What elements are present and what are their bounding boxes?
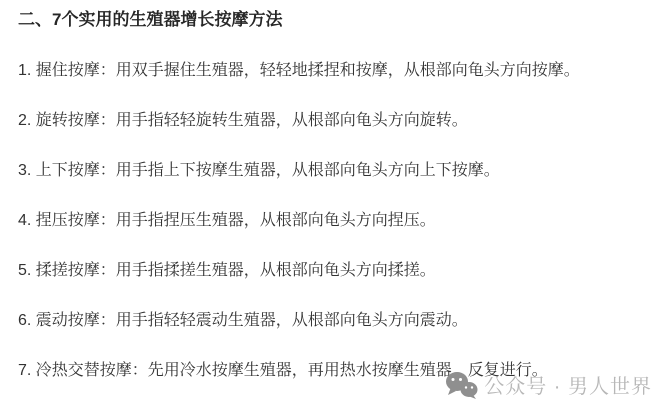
list-item-7: 7. 冷热交替按摩：先用冷水按摩生殖器，再用热水按摩生殖器，反复进行。 [18, 362, 644, 380]
list-item-4: 4. 捏压按摩：用手指捏压生殖器，从根部向龟头方向捏压。 [18, 212, 644, 230]
list-item-6: 6. 震动按摩：用手指轻轻震动生殖器，从根部向龟头方向震动。 [18, 312, 644, 330]
list-item-1: 1. 握住按摩：用双手握住生殖器，轻轻地揉捏和按摩，从根部向龟头方向按摩。 [18, 62, 644, 80]
list-item-3: 3. 上下按摩：用手指上下按摩生殖器，从根部向龟头方向上下按摩。 [18, 162, 644, 180]
article: 二、7个实用的生殖器增长按摩方法 1. 握住按摩：用双手握住生殖器，轻轻地揉捏和… [0, 0, 662, 380]
list-item-2: 2. 旋转按摩：用手指轻轻旋转生殖器，从根部向龟头方向旋转。 [18, 112, 644, 130]
article-title: 二、7个实用的生殖器增长按摩方法 [18, 10, 644, 30]
list-item-5: 5. 揉搓按摩：用手指揉搓生殖器，从根部向龟头方向揉搓。 [18, 262, 644, 280]
